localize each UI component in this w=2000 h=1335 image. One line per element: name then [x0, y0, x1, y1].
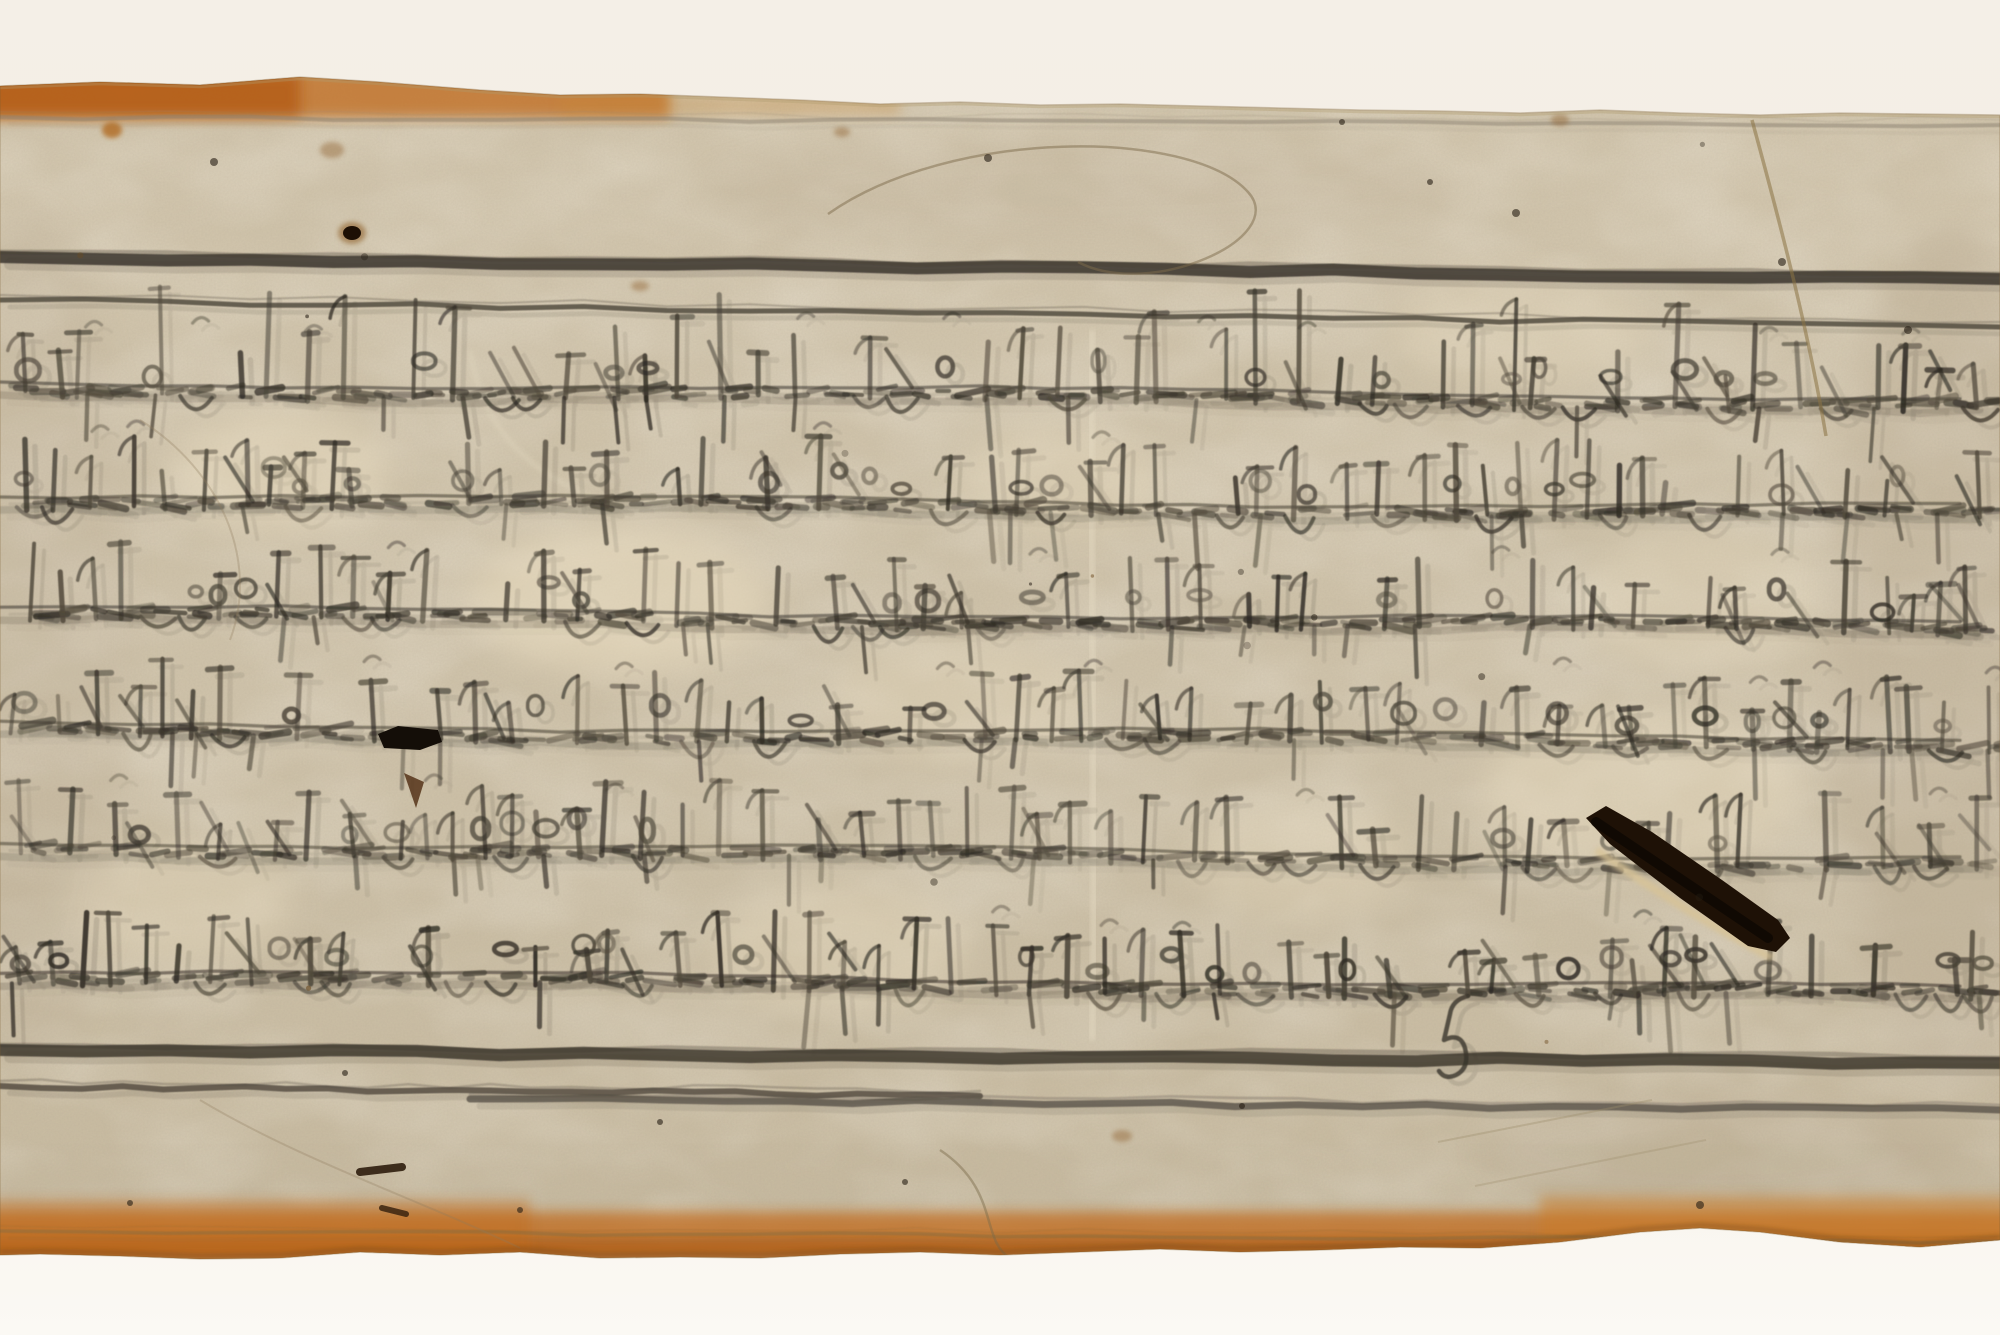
speck: [361, 253, 368, 260]
speck: [1545, 1040, 1549, 1044]
speck: [1904, 326, 1912, 334]
paper-sheet: [0, 60, 2000, 1270]
speck: [1311, 614, 1317, 620]
speck: [1244, 642, 1251, 649]
speck: [342, 1070, 348, 1076]
speck: [1339, 119, 1345, 125]
brown-stain: [1112, 1130, 1132, 1142]
speck: [902, 1179, 908, 1185]
speck: [111, 835, 116, 840]
speck: [1696, 894, 1704, 902]
speck: [1696, 1201, 1704, 1209]
speck: [210, 158, 218, 166]
speck: [657, 1119, 663, 1125]
dark-patch: [700, 135, 1460, 245]
speck: [517, 1207, 523, 1213]
brown-stain: [320, 142, 344, 158]
speck: [127, 1200, 133, 1206]
orange-edge-stain: [1540, 1196, 2000, 1256]
speck: [1239, 1103, 1245, 1109]
brown-stain: [1551, 114, 1569, 126]
speck: [77, 252, 83, 258]
ink-dash-mark: [360, 1167, 402, 1172]
photo-backdrop: [0, 0, 2000, 1335]
speck: [984, 154, 992, 162]
speck: [1238, 569, 1244, 575]
orange-fleck: [102, 122, 122, 138]
speck: [1091, 574, 1094, 577]
speck: [306, 986, 311, 991]
speck: [1512, 209, 1520, 217]
speck: [1700, 142, 1705, 147]
speck: [1029, 582, 1032, 585]
burn-hole: [338, 222, 366, 244]
manuscript-photo: [0, 0, 2000, 1335]
speck: [930, 878, 938, 886]
brown-stain: [834, 127, 850, 137]
speck: [1478, 673, 1485, 680]
speck: [1427, 179, 1433, 185]
speck: [305, 315, 309, 319]
brown-stain: [631, 281, 649, 291]
speck: [842, 450, 849, 457]
speck: [1778, 258, 1786, 266]
